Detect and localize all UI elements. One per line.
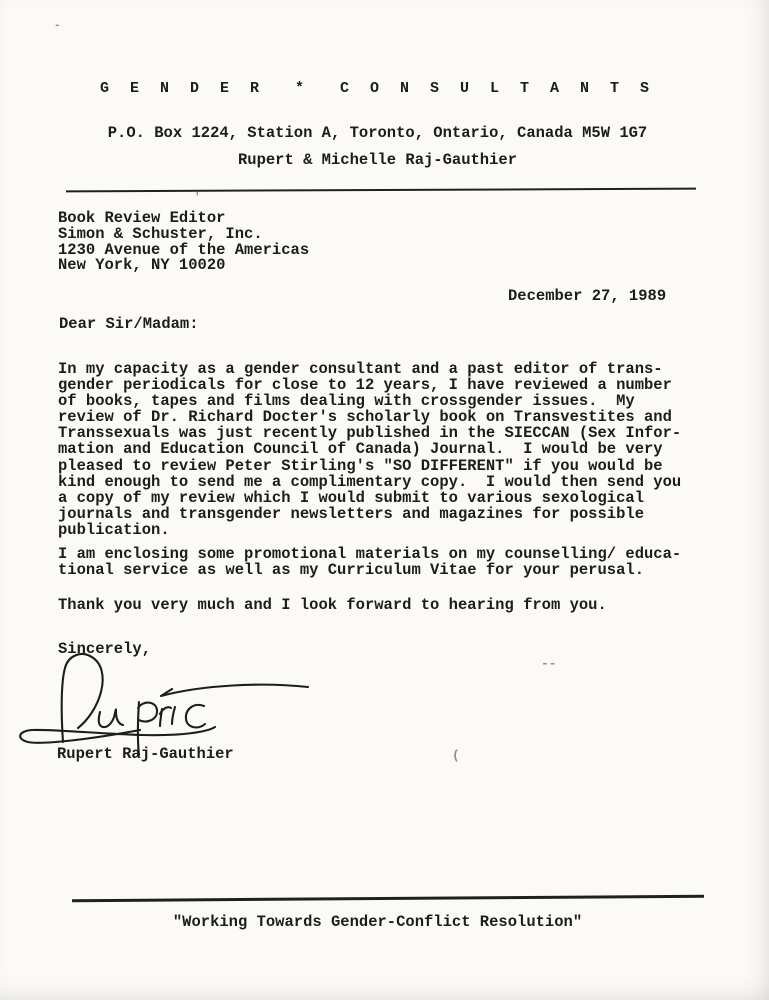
scan-speck: ( xyxy=(452,748,460,763)
letterhead-rule xyxy=(66,188,696,193)
letter-date: December 27, 1989 xyxy=(508,288,666,304)
scan-speck: - xyxy=(54,20,61,32)
signatory-name: Rupert Raj-Gauthier xyxy=(57,746,234,762)
body-paragraph-1: In my capacity as a gender consultant an… xyxy=(58,361,681,538)
letterhead-company-name: G E N D E R * C O N S U L T A N T S xyxy=(0,80,762,97)
scan-speck: ' xyxy=(194,192,201,204)
recipient-address: Book Review Editor Simon & Schuster, Inc… xyxy=(58,211,309,274)
salutation: Dear Sir/Madam: xyxy=(59,316,199,332)
footer-rule xyxy=(72,895,704,902)
letterhead-address: P.O. Box 1224, Station A, Toronto, Ontar… xyxy=(0,124,762,142)
body-paragraph-3: Thank you very much and I look forward t… xyxy=(58,597,607,613)
scan-speck: -- xyxy=(541,656,557,671)
letterhead-proprietors: Rupert & Michelle Raj-Gauthier xyxy=(0,151,762,169)
handwritten-signature-scrawl xyxy=(12,652,332,757)
scanned-letter-page: - ' -- ( G E N D E R * C O N S U L T A N… xyxy=(0,0,769,1000)
footer-slogan: "Working Towards Gender-Conflict Resolut… xyxy=(0,913,762,931)
body-paragraph-2: I am enclosing some promotional material… xyxy=(58,546,681,578)
